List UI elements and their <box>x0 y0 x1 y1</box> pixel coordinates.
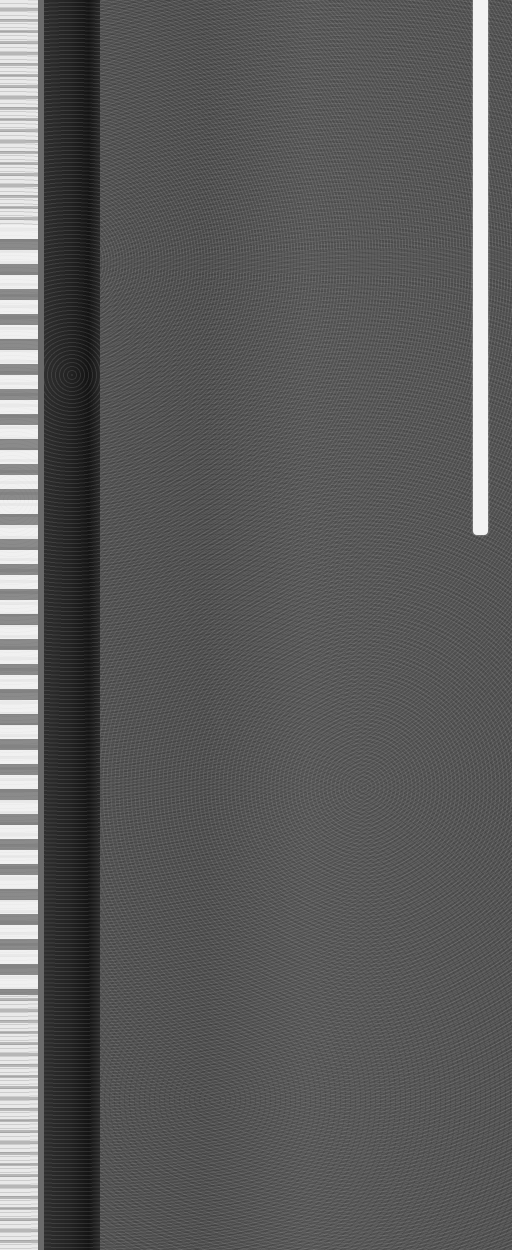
lane-marking <box>473 0 488 535</box>
road-scene <box>0 0 512 1250</box>
gutter-shadow <box>44 0 100 1250</box>
curb-stripes <box>0 225 40 995</box>
